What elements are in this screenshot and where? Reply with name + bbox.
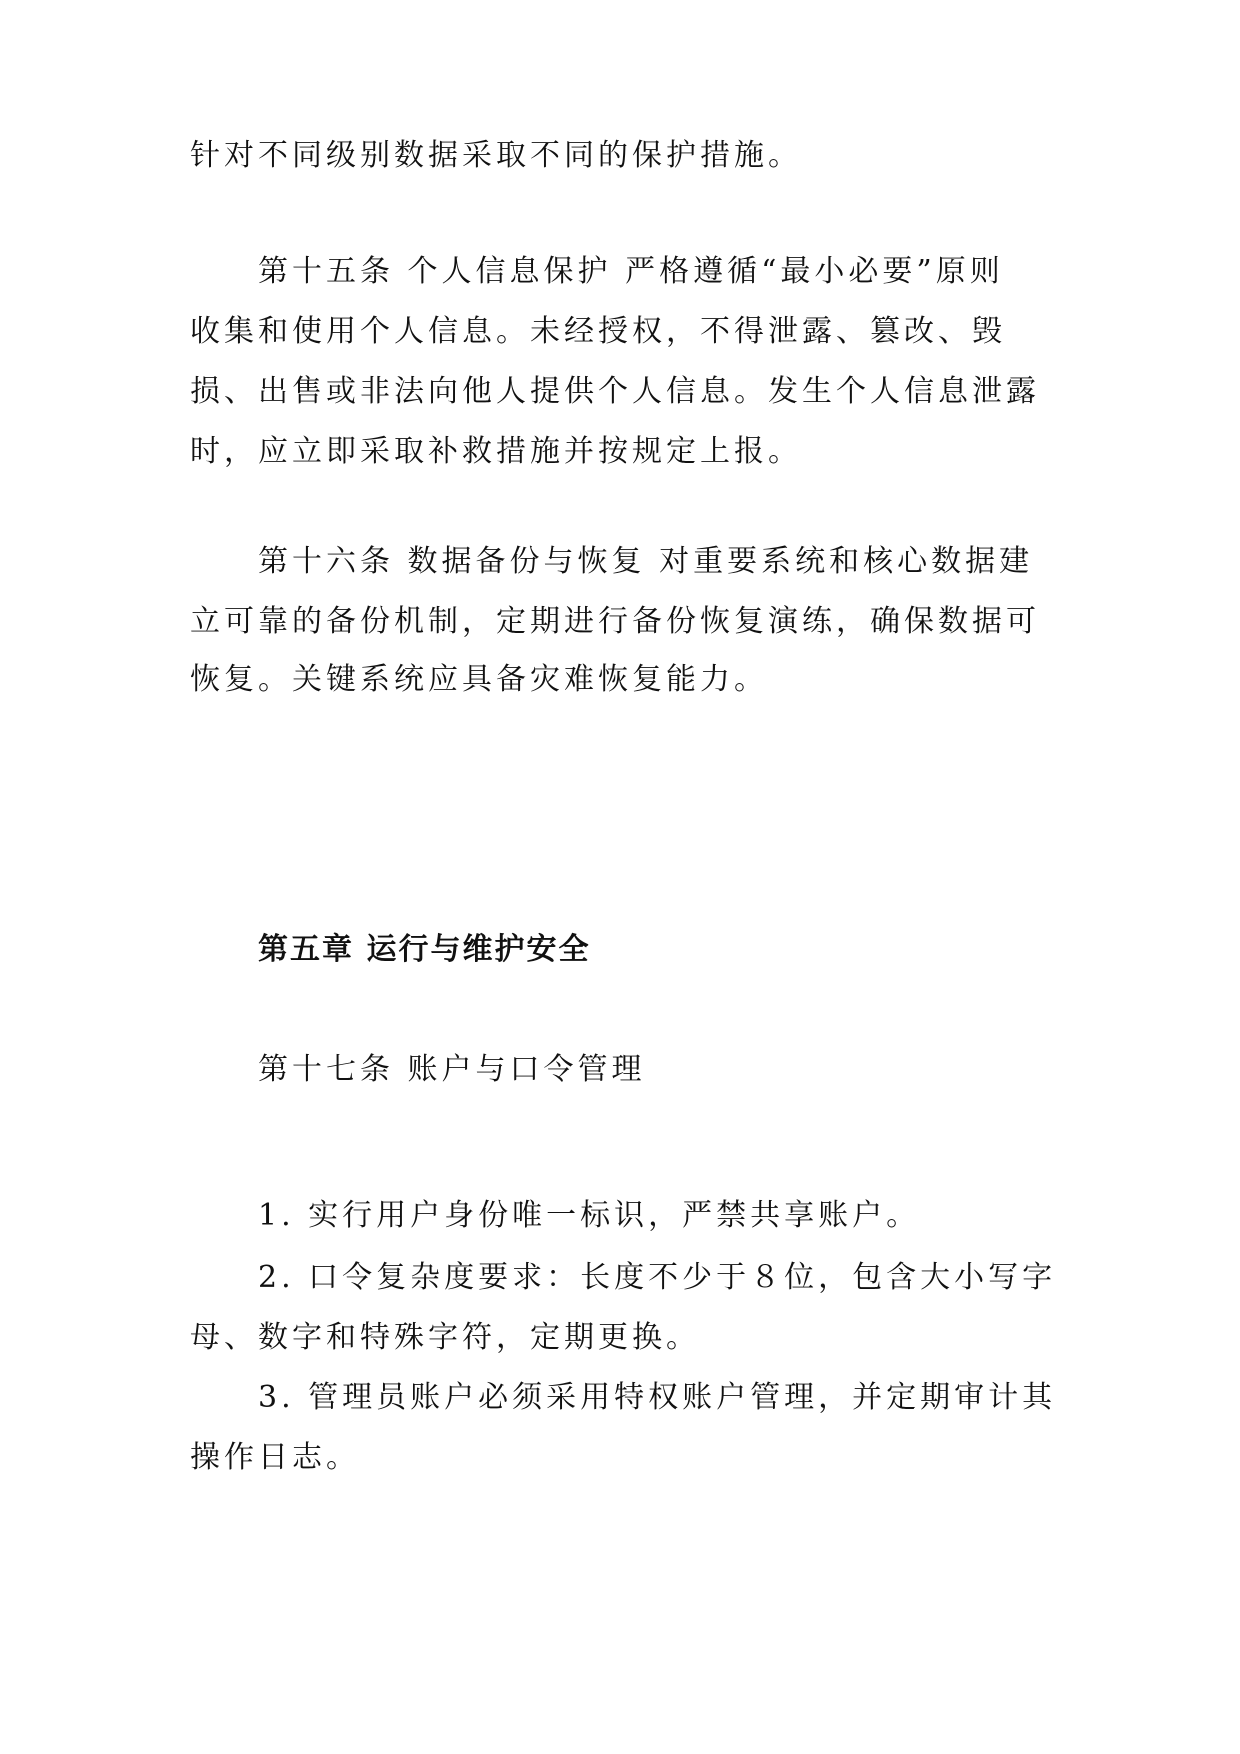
article-15-line-4: 时，应立即采取补救措施并按规定上报。 — [190, 432, 802, 472]
article-15-line-1: 第十五条 个人信息保护 严格遵循“最小必要”原则 — [258, 252, 1004, 292]
article-16-line-2: 立可靠的备份机制，定期进行备份恢复演练，确保数据可 — [190, 602, 1040, 642]
article-17-item-1: 1. 实行用户身份唯一标识，严禁共享账户。 — [258, 1196, 920, 1236]
article-17-title: 第十七条 账户与口令管理 — [258, 1050, 646, 1090]
article-17-item-3-cont: 操作日志。 — [190, 1438, 360, 1478]
article-17-item-3: 3. 管理员账户必须采用特权账户管理，并定期审计其 — [258, 1378, 1056, 1418]
article-17-item-2-cont: 母、数字和特殊字符，定期更换。 — [190, 1318, 700, 1358]
article-15-line-2: 收集和使用个人信息。未经授权，不得泄露、篡改、毁 — [190, 312, 1006, 352]
intro-paragraph: 针对不同级别数据采取不同的保护措施。 — [190, 136, 802, 176]
article-16-line-3: 恢复。关键系统应具备灾难恢复能力。 — [190, 660, 768, 700]
article-16-line-1: 第十六条 数据备份与恢复 对重要系统和核心数据建 — [258, 542, 1033, 582]
article-15-line-3: 损、出售或非法向他人提供个人信息。发生个人信息泄露 — [190, 372, 1040, 412]
article-17-item-2: 2. 口令复杂度要求：长度不少于８位，包含大小写字 — [258, 1258, 1056, 1298]
chapter-5-title: 第五章 运行与维护安全 — [258, 930, 590, 970]
